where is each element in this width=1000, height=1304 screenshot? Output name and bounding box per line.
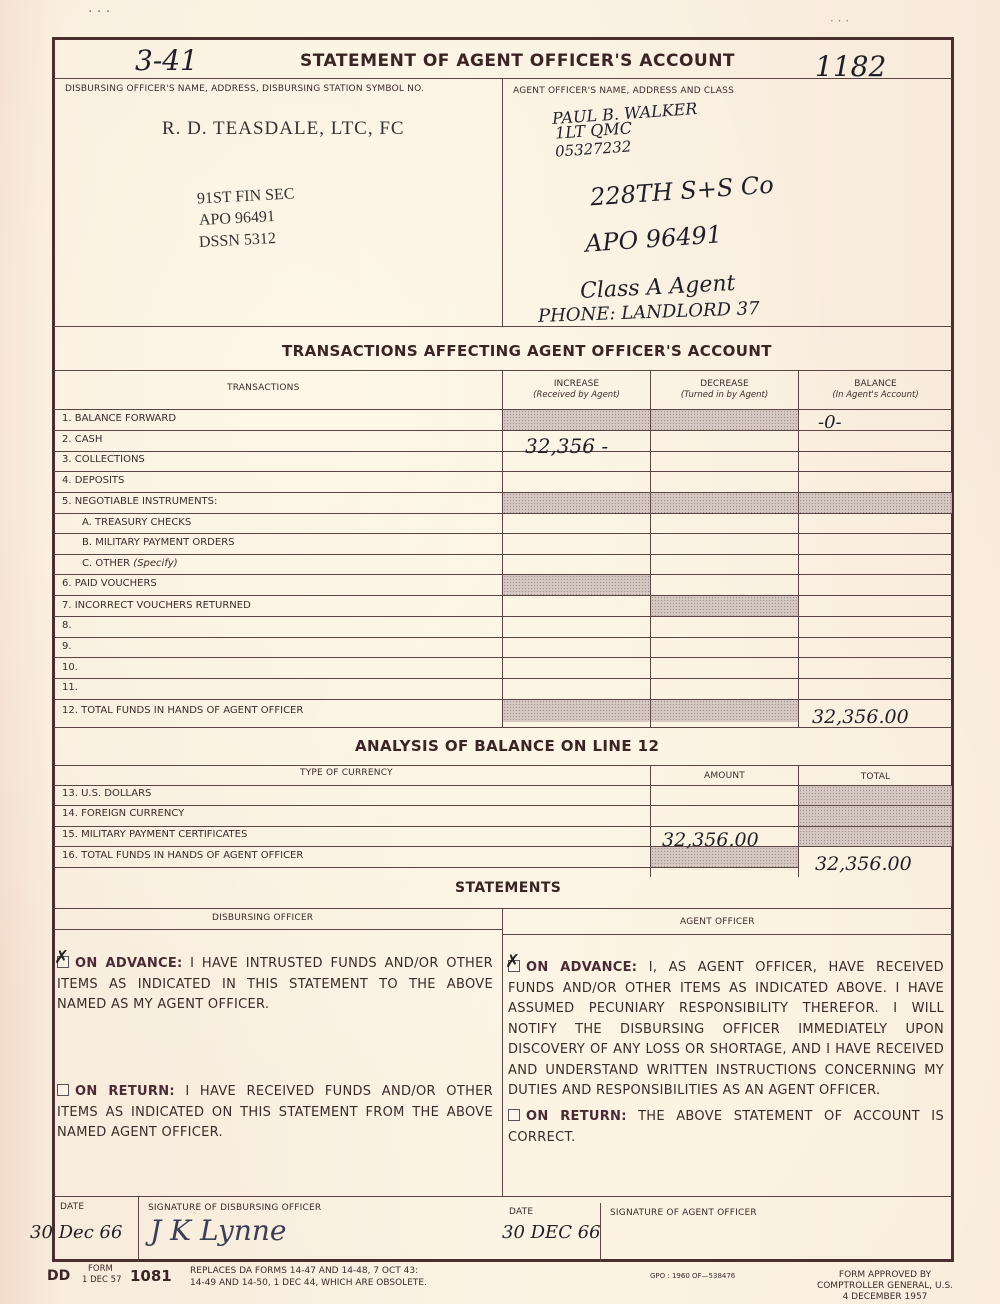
row-label-2: 2. CASH [62,434,102,445]
col-balance-label: BALANCE [799,379,952,390]
approved-line-1: FORM APPROVED BY [800,1270,970,1280]
shaded-cell [503,493,650,513]
form-number: 1081 [130,1267,172,1285]
total-funds-balance[interactable]: 32,356.00 [812,706,909,728]
agent-on-return: ON RETURN: THE ABOVE STATEMENT OF ACCOUN… [508,1107,944,1148]
row-label-5a: A. TREASURY CHECKS [82,517,191,528]
agent-officer-label: AGENT OFFICER'S NAME, ADDRESS AND CLASS [513,86,734,96]
agent-date-label: DATE [509,1207,533,1217]
row-label-5c-text: C. OTHER [82,558,130,569]
agent-signature-label: SIGNATURE OF AGENT OFFICER [610,1208,757,1218]
disbursing-officer-name[interactable]: R. D. TEASDALE, LTC, FC [162,118,405,140]
disbursing-on-return-checkbox[interactable] [57,1084,69,1096]
row-label-8: 8. [62,620,72,631]
col-amount: AMOUNT [651,771,798,781]
form-date: 1 DEC 57 [82,1275,121,1285]
disbursing-officer-label: DISBURSING OFFICER'S NAME, ADDRESS, DISB… [65,84,424,94]
agent-on-advance: ON ADVANCE: I, AS AGENT OFFICER, HAVE RE… [508,958,944,1102]
analysis-section-title: ANALYSIS OF BALANCE ON LINE 12 [355,737,659,755]
col-type-of-currency: TYPE OF CURRENCY [300,768,393,778]
shaded-cell [503,575,650,595]
handwritten-ref-left: 3-41 [135,44,198,77]
col-decrease-sub: (Turned in by Agent) [681,390,768,400]
row-label-11: 11. [62,682,78,693]
approved-line-2: COMPTROLLER GENERAL, U.S. [800,1281,970,1291]
agent-on-advance-label: ON ADVANCE: [526,960,637,975]
col-balance-sub: (In Agent's Account) [832,390,918,400]
col-balance: BALANCE (In Agent's Account) [799,379,952,401]
row-label-6: 6. PAID VOUCHERS [62,578,157,589]
analysis-row-15: 15. MILITARY PAYMENT CERTIFICATES [62,829,247,840]
row-label-12: 12. TOTAL FUNDS IN HANDS OF AGENT OFFICE… [62,705,303,716]
form-title: STATEMENT OF AGENT OFFICER'S ACCOUNT [300,51,735,71]
cash-increase[interactable]: 32,356 - [525,434,608,458]
disbursing-on-advance-label: ON ADVANCE: [75,956,183,971]
col-decrease-label: DECREASE [651,379,798,390]
col-increase-label: INCREASE [503,379,650,390]
shaded-cell [799,493,952,513]
row-label-3: 3. COLLECTIONS [62,454,145,465]
shaded-cell [799,806,952,826]
disbursing-date-value[interactable]: 30 Dec 66 [30,1222,122,1243]
agent-on-advance-checkbox[interactable] [508,960,520,972]
approved-line-3: 4 DECEMBER 1957 [800,1292,970,1302]
disbursing-on-advance: ON ADVANCE: I HAVE INTRUSTED FUNDS AND/O… [57,954,493,1016]
row-label-5c: C. OTHER (Specify) [82,558,178,569]
agent-signature-field[interactable] [610,1222,940,1258]
row-label-5b: B. MILITARY PAYMENT ORDERS [82,537,235,548]
form-word: FORM [88,1264,113,1274]
agent-on-return-label: ON RETURN: [526,1109,627,1124]
disbursing-officer-heading: DISBURSING OFFICER [212,913,313,923]
col-decrease: DECREASE (Turned in by Agent) [651,379,798,401]
shaded-cell [651,700,798,722]
row-label-1: 1. BALANCE FORWARD [62,413,176,424]
replaces-line-1: REPLACES DA FORMS 14-47 AND 14-48, 7 OCT… [190,1266,418,1276]
disbursing-on-return-label: ON RETURN: [75,1084,175,1099]
row-label-9: 9. [62,641,72,652]
agent-on-advance-text: I, AS AGENT OFFICER, HAVE RECEIVED FUNDS… [508,960,944,1098]
form-dd-label: DD [47,1268,70,1284]
disbursing-date-label: DATE [60,1202,84,1212]
agent-on-return-checkbox[interactable] [508,1109,520,1121]
agent-officer-heading: AGENT OFFICER [680,917,755,927]
col-increase: INCREASE (Received by Agent) [503,379,650,401]
analysis-row-14: 14. FOREIGN CURRENCY [62,808,184,819]
top-margin-marks-right: · · · [830,14,849,28]
analysis-total[interactable]: 32,356.00 [815,853,912,875]
top-margin-marks: · · · [88,4,110,20]
balance-forward-balance[interactable]: -0- [818,412,842,433]
row-label-7: 7. INCORRECT VOUCHERS RETURNED [62,600,251,611]
shaded-cell [651,493,798,513]
transactions-section-title: TRANSACTIONS AFFECTING AGENT OFFICER'S A… [282,342,772,360]
shaded-cell [651,410,798,430]
disbursing-on-return: ON RETURN: I HAVE RECEIVED FUNDS AND/OR … [57,1082,493,1144]
row-label-5c-specify: (Specify) [133,558,177,569]
shaded-cell [799,786,952,805]
row-label-5: 5. NEGOTIABLE INSTRUMENTS: [62,496,217,507]
shaded-cell [651,596,798,616]
mpc-amount[interactable]: 32,356.00 [662,829,759,851]
disbursing-signature[interactable]: J K Lynne [150,1214,287,1247]
shaded-cell [799,827,952,846]
analysis-row-16: 16. TOTAL FUNDS IN HANDS OF AGENT OFFICE… [62,850,303,861]
row-label-4: 4. DEPOSITS [62,475,124,486]
disbursing-signature-label: SIGNATURE OF DISBURSING OFFICER [148,1203,321,1213]
agent-date-value[interactable]: 30 DEC 66 [502,1222,601,1243]
replaces-line-2: 14-49 AND 14-50, 1 DEC 44, WHICH ARE OBS… [190,1278,427,1288]
col-total: TOTAL [799,772,952,782]
disbursing-on-advance-checkbox[interactable] [57,956,69,968]
analysis-row-13: 13. U.S. DOLLARS [62,788,151,799]
col-transactions: TRANSACTIONS [227,383,300,393]
shaded-cell [503,700,650,722]
col-increase-sub: (Received by Agent) [533,390,620,400]
gpo-code: GPO : 1960 OF—538476 [650,1272,735,1280]
row-label-10: 10. [62,662,78,673]
shaded-cell [503,410,650,430]
statements-section-title: STATEMENTS [455,880,561,896]
